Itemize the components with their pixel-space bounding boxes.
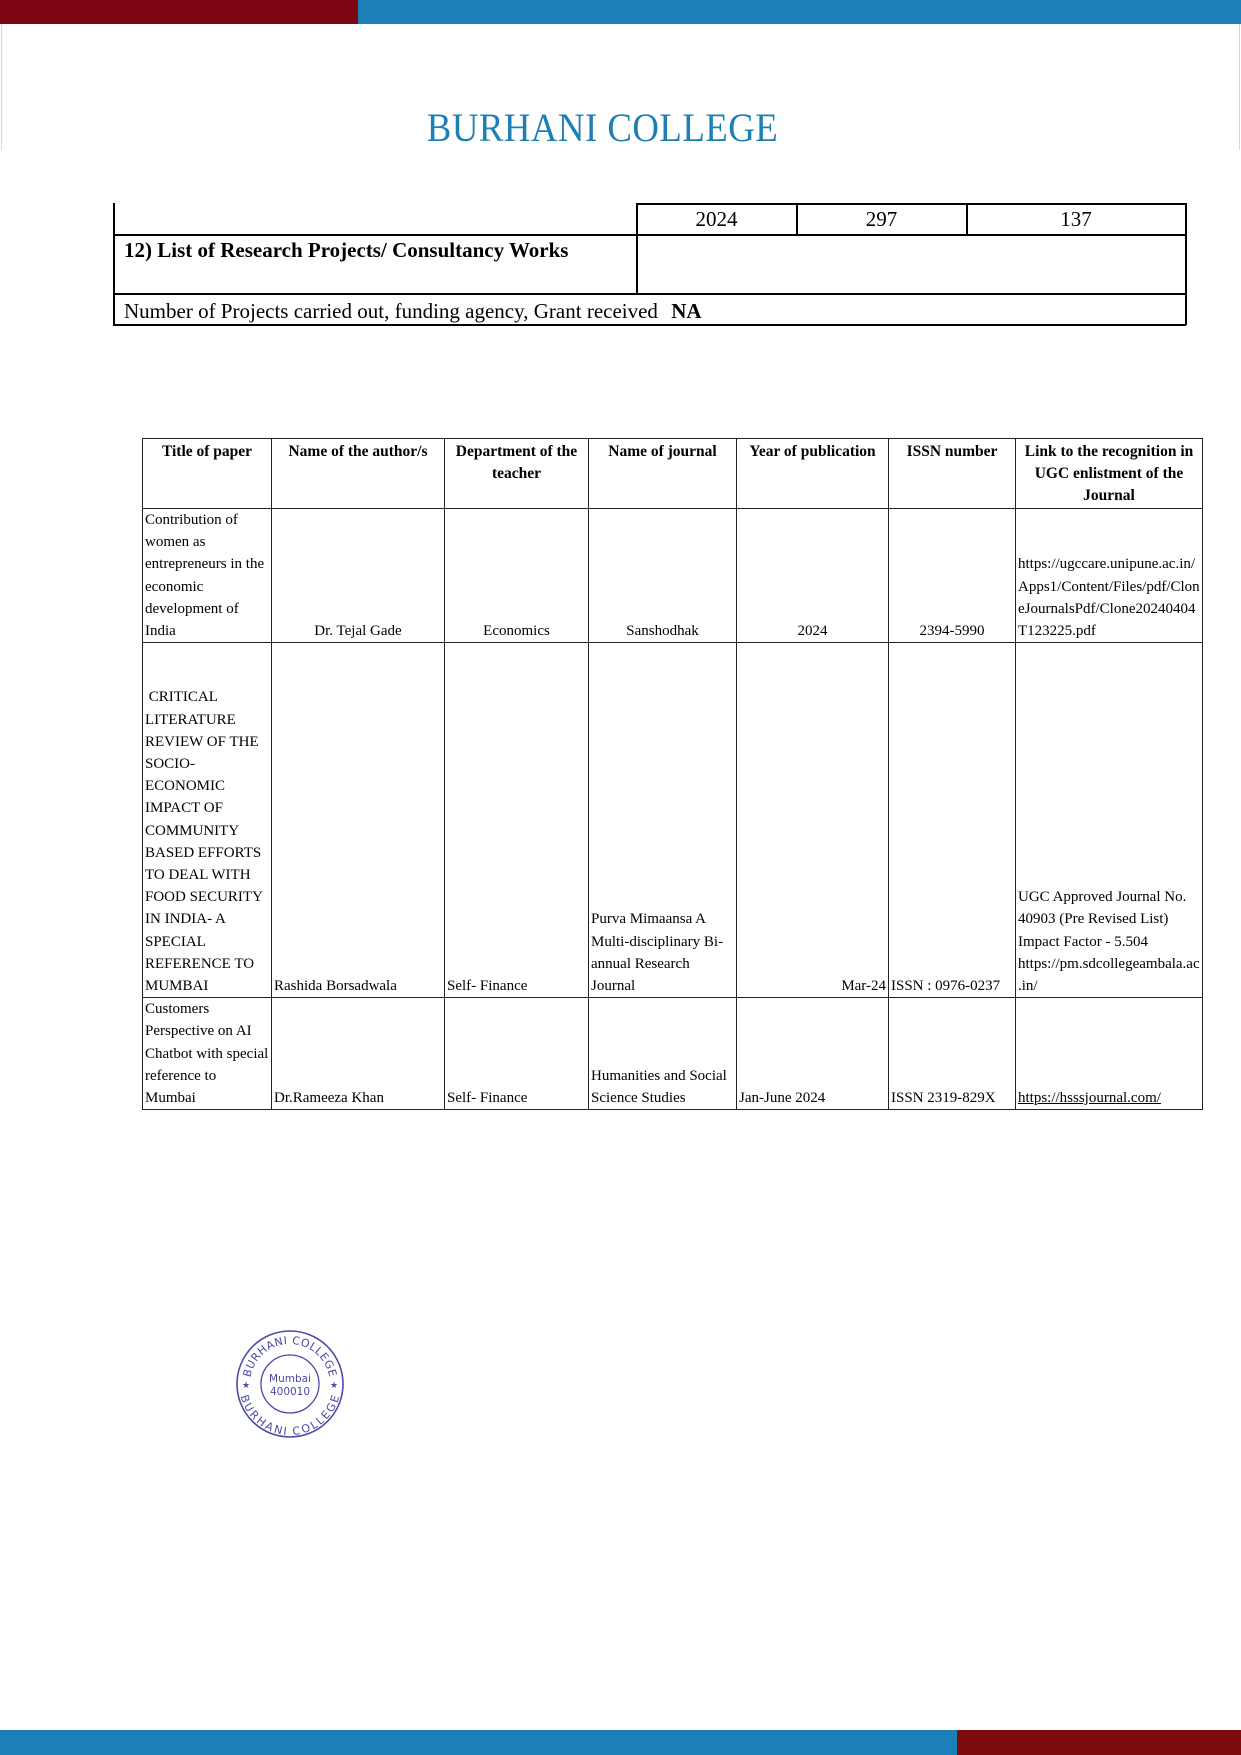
seal-ring-top-text: BURHANI COLLEGE [241, 1334, 340, 1378]
paper-year: Jan-June 2024 [737, 998, 889, 1110]
paper-department: Economics [445, 509, 589, 643]
seal-star-right-icon: ★ [330, 1381, 338, 1391]
summary-value-1: 297 [797, 205, 966, 233]
col-header-link: Link to the recognition in UGC enlistmen… [1016, 439, 1203, 509]
paper-issn: 2394-5990 [889, 509, 1016, 643]
paper-journal: Purva Mimaansa A Multi-disciplinary Bi-a… [589, 643, 737, 998]
seal-star-left-icon: ★ [242, 1381, 250, 1391]
projects-row: Number of Projects carried out, funding … [124, 297, 702, 325]
paper-department: Self- Finance [445, 643, 589, 998]
table-row: CRITICAL LITERATURE REVIEW OF THE SOCIO-… [143, 643, 1203, 998]
paper-issn: ISSN 2319-829X [889, 998, 1016, 1110]
college-title: BURHANI COLLEGE [48, 104, 1157, 151]
col-header-title: Title of paper [143, 439, 272, 509]
footer-blue-band [0, 1730, 957, 1755]
paper-title: CRITICAL LITERATURE REVIEW OF THE SOCIO-… [143, 643, 272, 998]
table-header-row: Title of paper Name of the author/s Depa… [143, 439, 1203, 509]
header-red-band [0, 0, 358, 24]
projects-label: Number of Projects carried out, funding … [124, 299, 658, 323]
paper-author: Rashida Borsadwala [272, 643, 445, 998]
paper-link[interactable]: https://ugccare.unipune.ac.in/Apps1/Cont… [1016, 509, 1203, 643]
table-row: Customers Perspective on AI Chatbot with… [143, 998, 1203, 1110]
summary-year: 2024 [637, 205, 796, 233]
paper-author: Dr. Tejal Gade [272, 509, 445, 643]
paper-title: Contribution of women as entrepreneurs i… [143, 509, 272, 643]
col-header-department: Department of the teacher [445, 439, 589, 509]
seal-ring-bottom-text: BURHANI COLLEGE [238, 1393, 343, 1438]
table-row: Contribution of women as entrepreneurs i… [143, 509, 1203, 643]
seal-pin: 400010 [270, 1386, 310, 1398]
paper-title: Customers Perspective on AI Chatbot with… [143, 998, 272, 1110]
col-header-journal: Name of journal [589, 439, 737, 509]
paper-journal: Humanities and Social Science Studies [589, 998, 737, 1110]
paper-year: 2024 [737, 509, 889, 643]
svg-text:BURHANI COLLEGE: BURHANI COLLEGE [238, 1393, 343, 1438]
paper-issn: ISSN : 0976-0237 [889, 643, 1016, 998]
col-header-author: Name of the author/s [272, 439, 445, 509]
paper-link[interactable]: UGC Approved Journal No. 40903 (Pre Revi… [1016, 643, 1203, 998]
col-header-year: Year of publication [737, 439, 889, 509]
projects-value: NA [671, 299, 701, 323]
paper-link[interactable]: https://hsssjournal.com/ [1016, 998, 1203, 1110]
paper-year: Mar-24 [737, 643, 889, 998]
paper-department: Self- Finance [445, 998, 589, 1110]
paper-author: Dr.Rameeza Khan [272, 998, 445, 1110]
seal-city: Mumbai [269, 1373, 311, 1385]
college-seal-stamp: BURHANI COLLEGE BURHANI COLLEGE ★ ★ Mumb… [234, 1328, 346, 1440]
left-edge-line [1, 24, 2, 150]
research-papers-table: Title of paper Name of the author/s Depa… [142, 438, 1203, 1110]
svg-text:BURHANI COLLEGE: BURHANI COLLEGE [241, 1334, 340, 1378]
header-blue-band [358, 0, 1241, 24]
footer-red-band [957, 1730, 1241, 1755]
col-header-issn: ISSN number [889, 439, 1016, 509]
right-edge-line [1239, 24, 1240, 150]
paper-journal: Sanshodhak [589, 509, 737, 643]
section-heading: 12) List of Research Projects/ Consultan… [124, 236, 624, 264]
summary-value-2: 137 [967, 205, 1185, 233]
